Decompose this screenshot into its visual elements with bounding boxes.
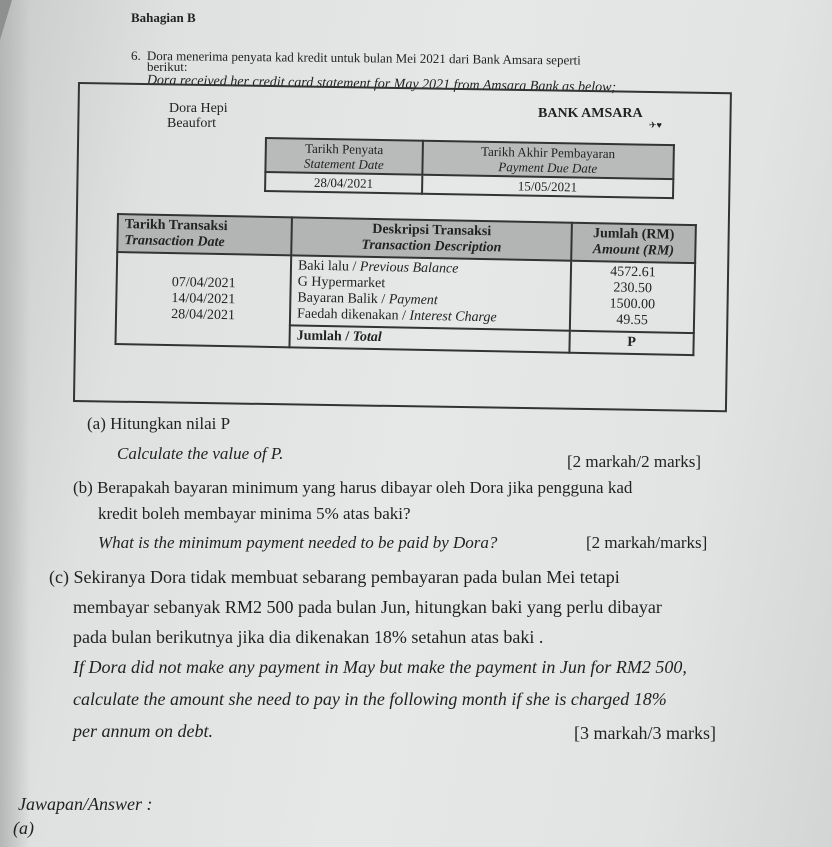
customer-location: Beaufort: [167, 116, 216, 132]
bank-name: BANK AMSARA: [538, 106, 643, 122]
page-corner: [0, 0, 12, 40]
transaction-descriptions: Baki lalu / Previous Balance G Hypermark…: [290, 255, 571, 330]
col-header-date: Tarikh TransaksiTransaction Date: [117, 214, 292, 255]
part-b-en: What is the minimum payment needed to be…: [98, 533, 497, 553]
total-label: Jumlah / Total: [289, 325, 569, 352]
part-a-marks: [2 markah/2 marks]: [567, 452, 701, 472]
part-b-ms: (b) Berapakah bayaran minimum yang harus…: [73, 478, 632, 498]
statement-date-value: 28/04/2021: [265, 172, 422, 194]
part-b-marks: [2 markah/marks]: [586, 533, 707, 553]
part-c-ms: (c) Sekiranya Dora tidak membuat sebaran…: [49, 567, 620, 588]
transaction-amounts: 4572.61 230.50 1500.00 49.55: [570, 261, 695, 333]
due-date-value: 15/05/2021: [422, 175, 674, 198]
question-number: 6.: [131, 48, 141, 64]
statement-dates-table: Tarikh PenyataStatement Date Tarikh Akhi…: [264, 137, 675, 199]
bank-logo-icon: ✈♥: [649, 120, 662, 131]
exam-page: Bahagian B 6. Dora menerima penyata kad …: [0, 0, 832, 847]
part-a-ms: (a) Hitungkan nilai P: [87, 414, 230, 434]
customer-name: Dora Hepi: [169, 101, 228, 117]
total-value: P: [569, 331, 693, 355]
table-row: 07/04/2021 14/04/2021 28/04/2021 Baki la…: [116, 252, 695, 333]
part-c-ms-line2: membayar sebanyak RM2 500 pada bulan Jun…: [73, 597, 662, 618]
page-shadow: [0, 0, 30, 847]
answer-part-a: (a): [13, 818, 34, 839]
due-date-header: Tarikh Akhir PembayaranPayment Due Date: [422, 141, 674, 179]
part-c-en-line2: calculate the amount she need to pay in …: [73, 689, 667, 710]
col-header-description: Deskripsi TransaksiTransaction Descripti…: [291, 217, 572, 260]
part-c-marks: [3 markah/3 marks]: [574, 723, 716, 744]
statement-date-header: Tarikh PenyataStatement Date: [265, 138, 422, 175]
answer-label: Jawapan/Answer :: [18, 794, 153, 815]
part-a-en: Calculate the value of P.: [117, 444, 283, 464]
part-c-en-line1: If Dora did not make any payment in May …: [73, 657, 687, 678]
part-c-ms-line3: pada bulan berikutnya jika dia dikenakan…: [73, 627, 543, 648]
transactions-table: Tarikh TransaksiTransaction Date Deskrip…: [114, 213, 696, 356]
transaction-dates: 07/04/2021 14/04/2021 28/04/2021: [115, 252, 291, 347]
col-header-amount: Jumlah (RM)Amount (RM): [571, 223, 696, 263]
part-c-en-line3: per annum on debt.: [73, 721, 213, 742]
question-text-ms: Dora menerima penyata kad kredit untuk b…: [147, 48, 581, 69]
part-b-ms-cont: kredit boleh membayar minima 5% atas bak…: [98, 504, 411, 524]
section-title: Bahagian B: [131, 10, 196, 26]
